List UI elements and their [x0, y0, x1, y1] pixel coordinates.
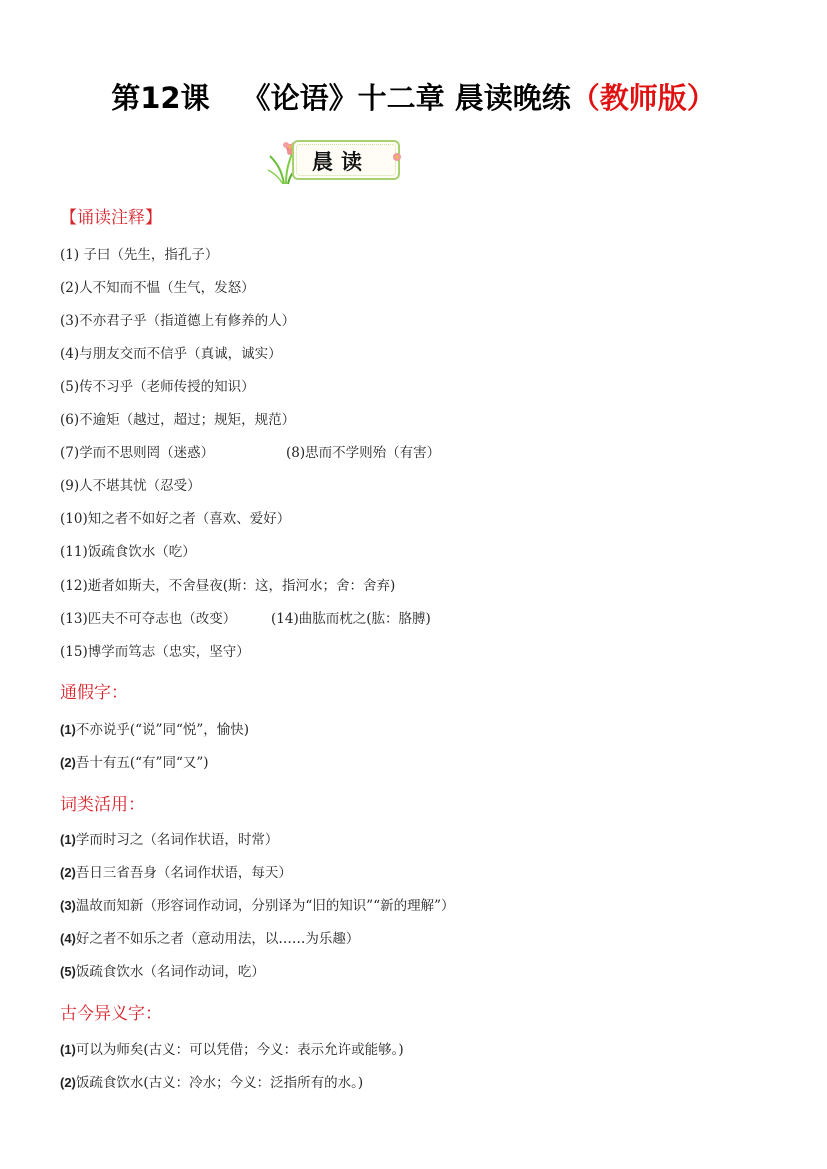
- list-item: (7)学而不思则罔（迷惑） (8)思而不学则殆（有害）: [60, 441, 214, 461]
- list-item-secondary: (8)思而不学则殆（有害）: [286, 441, 440, 461]
- list-item: (1)不亦说乎(“说”同“悦”，愉快): [60, 718, 249, 738]
- list-item: (10)知之者不如好之者（喜欢、爱好）: [60, 507, 290, 527]
- lesson-number: 第12课: [111, 81, 209, 115]
- section-heading-tongjiazi: 通假字：: [60, 678, 128, 703]
- list-item: (4)好之者不如乐之者（意动用法，以……为乐趣）: [60, 927, 359, 947]
- list-item: (1) 子曰（先生，指孔子）: [60, 243, 218, 263]
- list-item: (2)饭疏食饮水(古义：冷水；今义：泛指所有的水。): [60, 1071, 363, 1091]
- list-item: (13)匹夫不可夺志也（改变） (14)曲肱而枕之(肱：胳膊): [60, 607, 236, 627]
- list-item: (11)饭疏食饮水（吃）: [60, 540, 196, 560]
- morning-reading-banner: 晨读: [266, 136, 406, 186]
- list-item: (15)博学而笃志（忠实，坚守）: [60, 640, 250, 660]
- lesson-topic: 《论语》十二章 晨读晚练: [242, 81, 571, 115]
- list-item: (3)温故而知新（形容词作动词，分别译为“旧的知识”“新的理解”）: [60, 894, 455, 914]
- section-heading-gujin: 古今异义字：: [60, 999, 162, 1024]
- list-item: (4)与朋友交而不信乎（真诚，诚实）: [60, 342, 282, 362]
- list-item: (12)逝者如斯夫，不舍昼夜(斯：这，指河水；舍：舍弃): [60, 574, 395, 594]
- banner-label: 晨读: [312, 146, 370, 176]
- edition-label: （教师版）: [571, 81, 716, 115]
- list-item: (2)吾日三省吾身（名词作状语，每天）: [60, 861, 292, 881]
- small-flower-icon: [390, 150, 404, 164]
- list-item: (5)传不习乎（老师传授的知识）: [60, 375, 255, 395]
- list-item: (3)不亦君子乎（指道德上有修养的人）: [60, 309, 295, 329]
- section-heading-annotations: 【诵读注释】: [60, 203, 162, 228]
- page-title: 第12课《论语》十二章 晨读晚练（教师版）: [0, 76, 827, 117]
- list-item: (2)人不知而不愠（生气，发怒）: [60, 276, 255, 296]
- list-item: (6)不逾矩（越过，超过；规矩，规范）: [60, 408, 295, 428]
- list-item: (2)吾十有五(“有”同“又”): [60, 751, 209, 771]
- list-item: (5)饭疏食饮水（名词作动词，吃）: [60, 960, 265, 980]
- list-item: (1)可以为师矣(古义：可以凭借；今义：表示允许或能够。): [60, 1038, 404, 1058]
- list-item: (9)人不堪其忧（忍受）: [60, 474, 201, 494]
- section-heading-cilei: 词类活用：: [60, 790, 145, 815]
- list-item-secondary: (14)曲肱而枕之(肱：胳膊): [271, 607, 431, 627]
- list-item: (1)学而时习之（名词作状语，时常）: [60, 828, 278, 848]
